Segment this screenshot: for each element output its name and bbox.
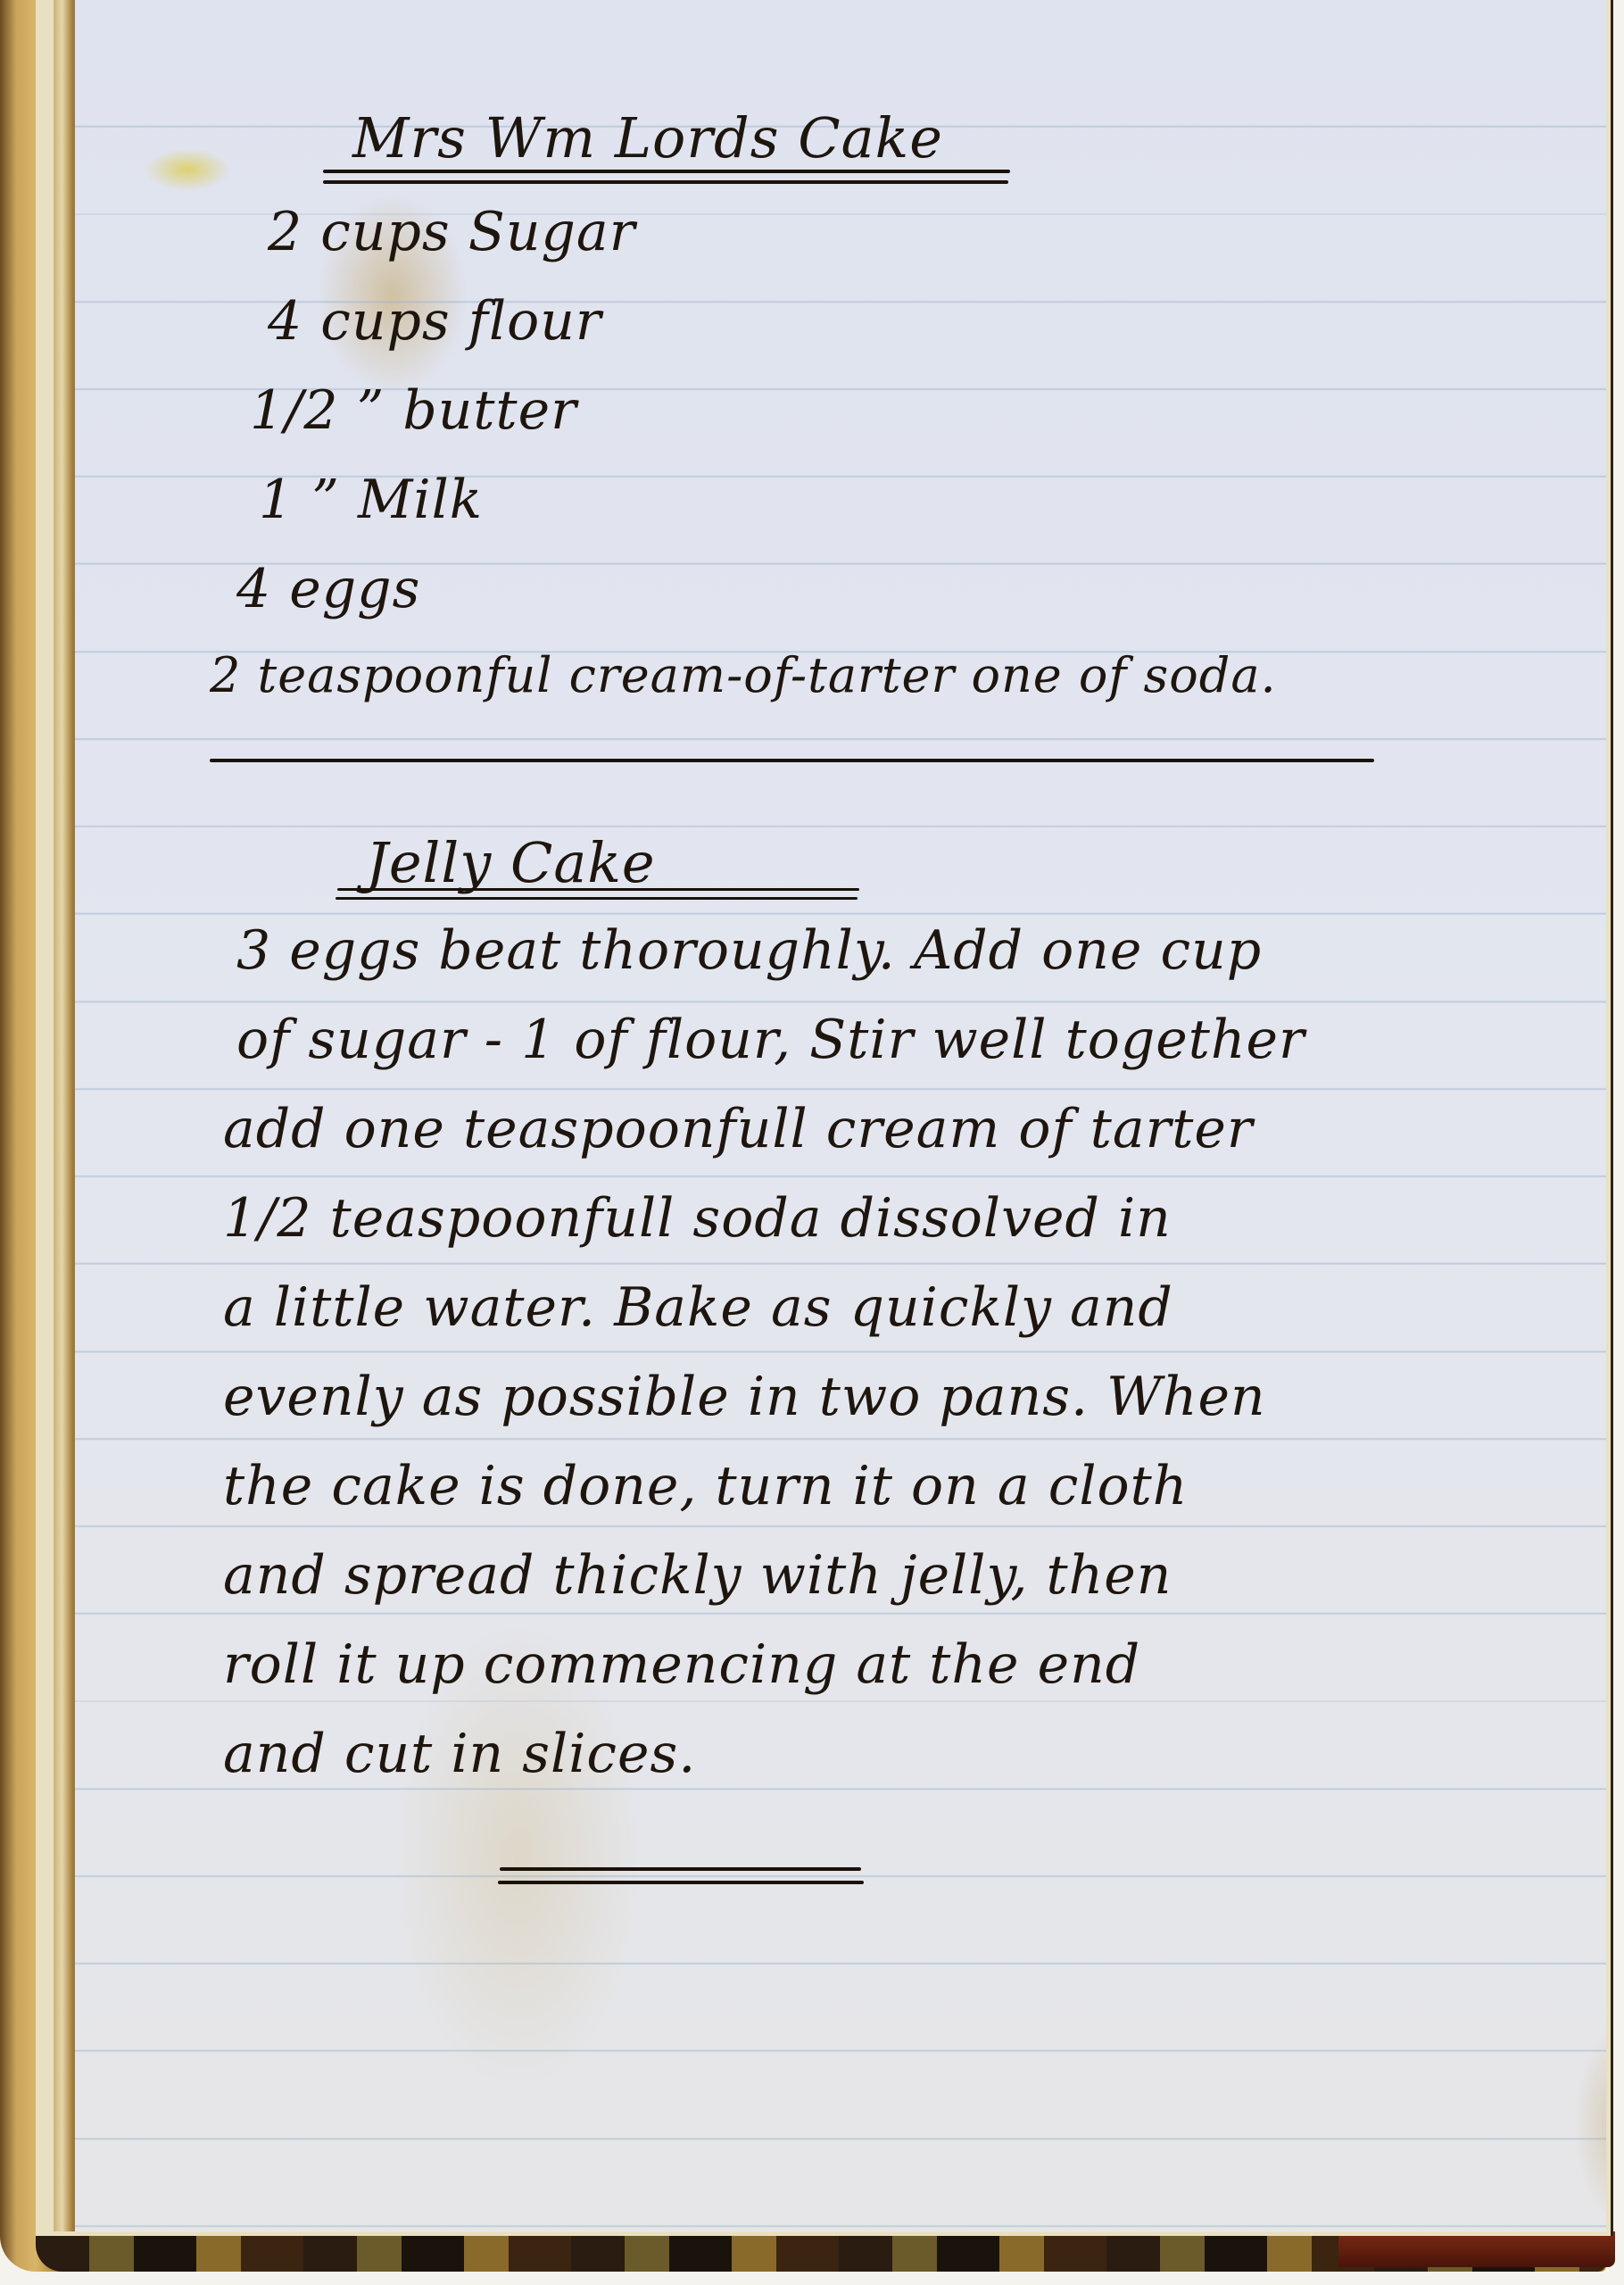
ingredient-milk: 1 ” Milk — [259, 469, 483, 531]
jelly-line-8: and spread thickly with jelly, then — [223, 1544, 1172, 1607]
jelly-line-2: of sugar - 1 of flour, Stir well togethe… — [236, 1009, 1305, 1071]
jelly-line-3: add one teaspoonfull cream of tarter — [223, 1098, 1254, 1160]
end-rule-bottom — [498, 1881, 864, 1884]
recipe-title-lords-cake: Mrs Wm Lords Cake — [352, 105, 943, 170]
ingredient-butter: 1/2 ” butter — [250, 379, 577, 442]
page-gutter — [54, 0, 75, 2231]
title-underline-top — [323, 170, 1010, 173]
end-rule-top — [500, 1867, 861, 1871]
jelly-underline-bottom — [336, 897, 858, 900]
jelly-line-6: evenly as possible in two pans. When — [223, 1366, 1266, 1428]
section-divider — [210, 759, 1374, 762]
jelly-line-10: and cut in slices. — [223, 1723, 696, 1785]
jelly-underline-top — [337, 888, 859, 891]
recipe-title-jelly-cake: Jelly Cake — [366, 830, 656, 895]
ingredient-leavening: 2 teaspoonful cream-of-tarter one of sod… — [210, 647, 1277, 703]
ingredient-eggs: 4 eggs — [236, 558, 420, 620]
title-underline-bottom — [323, 180, 1008, 184]
jelly-line-4: 1/2 teaspoonfull soda dissolved in — [223, 1187, 1172, 1250]
ingredient-flour: 4 cups flour — [268, 290, 602, 353]
jelly-line-7: the cake is done, turn it on a cloth — [223, 1455, 1188, 1517]
jelly-line-1: 3 eggs beat thoroughly. Add one cup — [236, 919, 1262, 982]
cover-corner-red — [1338, 2231, 1615, 2267]
ingredient-sugar: 2 cups Sugar — [268, 201, 635, 263]
jelly-line-9: roll it up commencing at the end — [223, 1633, 1140, 1696]
jelly-line-5: a little water. Bake as quickly and — [223, 1276, 1173, 1339]
